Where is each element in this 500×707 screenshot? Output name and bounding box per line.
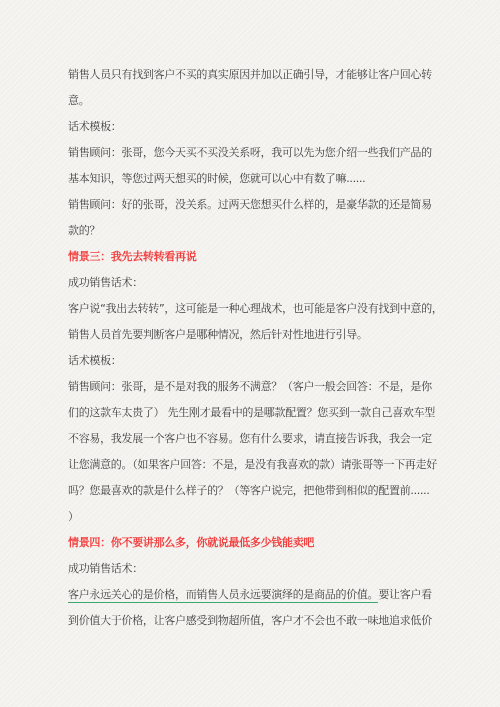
document-page: 销售人员只有找到客户不买的真实原因并加以正确引导，才能够让客户回心转 意。 话术… (0, 0, 500, 707)
text-line: 成功销售话术： (68, 556, 440, 582)
text-line: 意。 (68, 88, 440, 114)
text-line: 话术模板： (68, 114, 440, 140)
text-line-rest: 要让客户看 (378, 588, 432, 601)
text-line: 吗？您最喜欢的款是什么样子的？（等客户说完，把他带到相似的配置前...... (68, 478, 440, 504)
text-line: 基本知识，等您过两天想买的时候，您就可以心中有数了嘛...... (68, 166, 440, 192)
text-line: ） (68, 504, 440, 530)
text-line: 话术模板： (68, 348, 440, 374)
text-line: 销售顾问：张哥，是不是对我的服务不满意？（客户一般会回答：不是，是你 (68, 374, 440, 400)
heading-scene-3: 情景三：我先去转转看再说 (68, 244, 440, 270)
text-line: 成功销售话术： (68, 270, 440, 296)
text-line: 让您满意的。（如果客户回答：不是，是没有我喜欢的款）请张哥等一下再走好 (68, 452, 440, 478)
text-line: 销售人员只有找到客户不买的真实原因并加以正确引导，才能够让客户回心转 (68, 62, 440, 88)
text-line: 们的这款车太贵了） 先生刚才最看中的是哪款配置？您买到一款自己喜欢车型 (68, 400, 440, 426)
text-line: 销售顾问：张哥，您今天买不买没关系呀，我可以先为您介绍一些我们产品的 (68, 140, 440, 166)
underlined-text: 客户永远关心的是价格，而销售人员永远要演绎的是商品的价值。 (68, 588, 378, 603)
text-line: 销售人员首先要判断客户是哪种情况，然后针对性地进行引导。 (68, 322, 440, 348)
text-line: 款的？ (68, 218, 440, 244)
text-line: 到价值大于价格，让客户感受到物超所值，客户才不会也不敢一味地追求低价 (68, 608, 440, 634)
text-line: 客户说“我出去转转”，这可能是一种心理战术，也可能是客户没有找到中意的， (68, 296, 440, 322)
heading-scene-4: 情景四：你不要讲那么多，你就说最低多少钱能卖吧 (68, 530, 440, 556)
text-line: 不容易，我发展一个客户也不容易。您有什么要求，请直接告诉我，我会一定 (68, 426, 440, 452)
text-line: 销售顾问：好的张哥，没关系。过两天您想买什么样的，是豪华款的还是简易 (68, 192, 440, 218)
text-line: 客户永远关心的是价格，而销售人员永远要演绎的是商品的价值。要让客户看 (68, 582, 440, 608)
